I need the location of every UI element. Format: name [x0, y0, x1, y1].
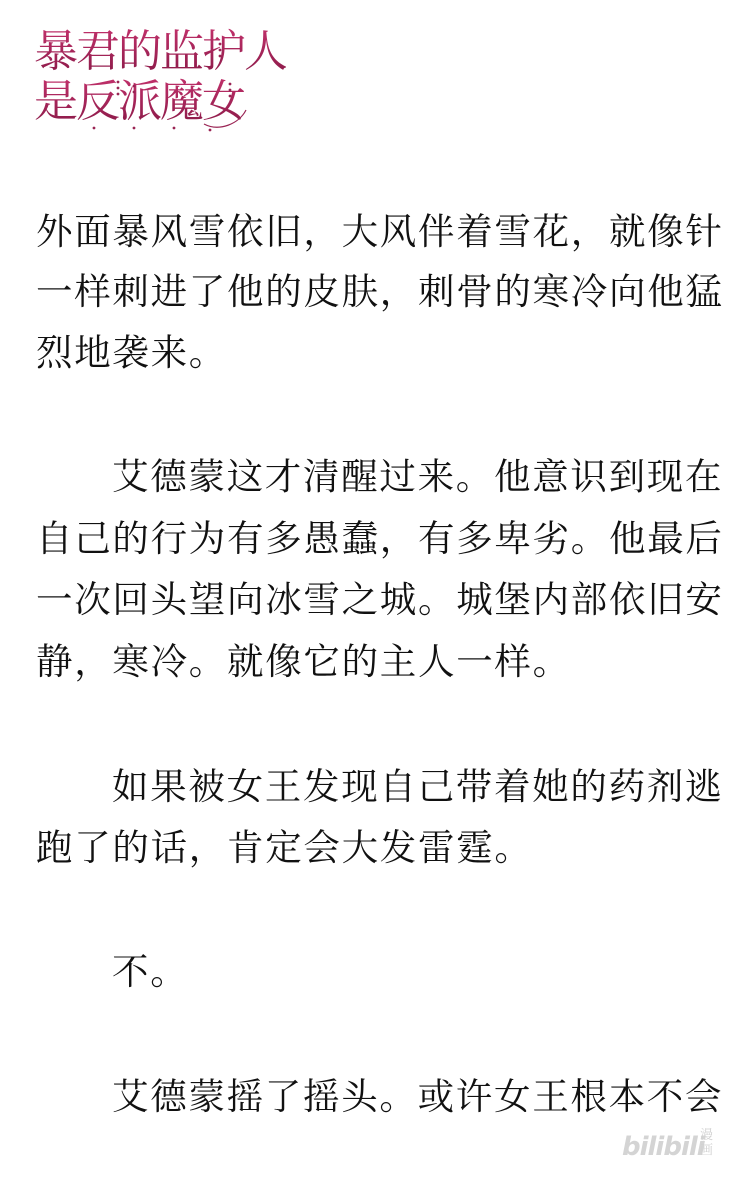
text-line: 艾德蒙这才清醒过来。他意识到现在	[112, 455, 723, 499]
comic-title-logo: 暴君的监护人 是反派魔女	[34, 24, 274, 134]
text-line: 烈地袭来。	[36, 331, 227, 375]
text-line: 一次回头望向冰雪之城。城堡内部依旧安	[36, 578, 724, 622]
bilibili-comics-watermark: bilibili 漫画	[622, 1128, 732, 1168]
text-line: 跑了的话，肯定会大发雷霆。	[36, 826, 533, 870]
text-line: 艾德蒙摇了摇头。或许女王根本不会	[112, 1075, 723, 1119]
text-line: 不。	[112, 950, 188, 994]
text-line: 静，寒冷。就像它的主人一样。	[36, 640, 571, 684]
bilibili-comics-logo-icon: bilibili	[622, 1132, 705, 1162]
text-line: 外面暴风雪依旧，大风伴着雪花，就像针	[36, 210, 724, 254]
text-line: 一样刺进了他的皮肤，刺骨的寒冷向他猛	[36, 270, 724, 314]
text-line: 自己的行为有多愚蠢，有多卑劣。他最后	[36, 517, 724, 561]
watermark-suffix: 漫画	[700, 1128, 716, 1158]
logo-ornament-icon	[34, 24, 274, 134]
text-line: 如果被女王发现自己带着她的药剂逃	[112, 765, 723, 809]
